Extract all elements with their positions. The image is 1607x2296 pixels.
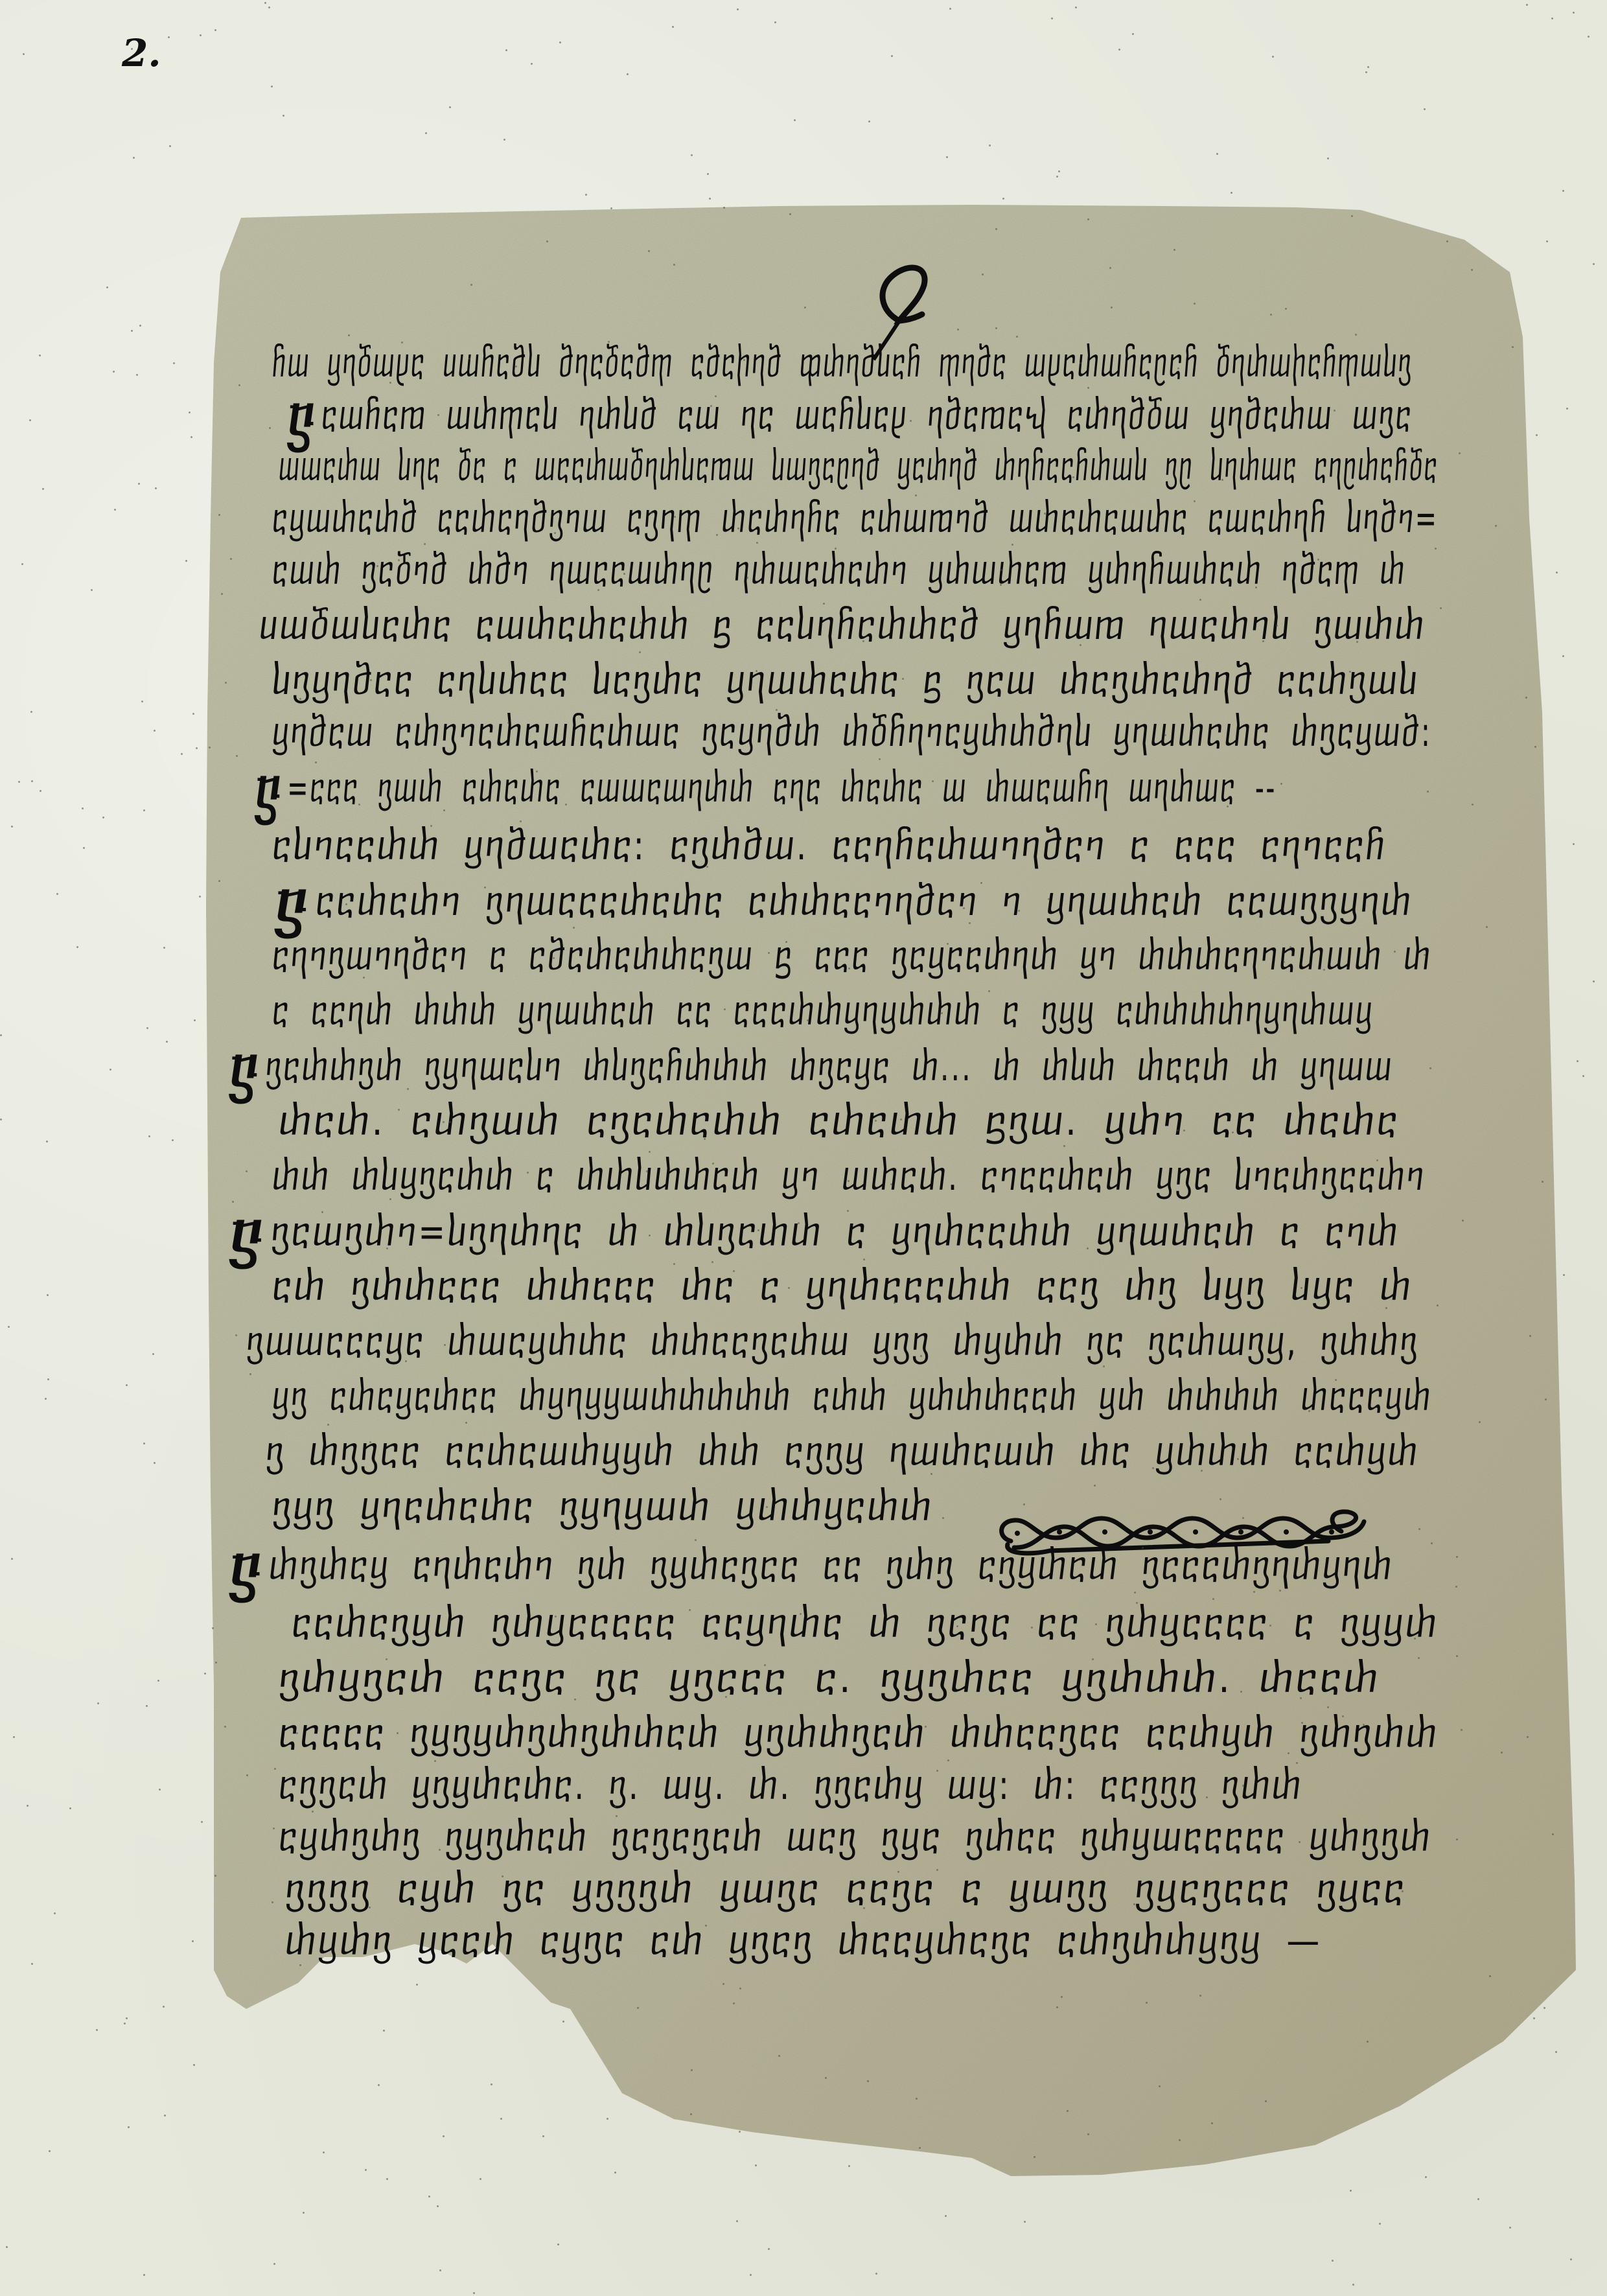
manuscript-line: ⴁⴂ ⴀⴐⴀⴁⴀⴐⴀⴀ ⴐⴁⴄⴁⴁⴍⴐⴐⴐⴐⴐ ⴀⴐⴐ ⴁⴐⴐⴐⴀⴀⴐ ⴁⴐ ⴐ… [272,1371,1432,1422]
manuscript-line: ⴀⴑⴈⴀⴀⴐⴐ ⴁⴄⴋⴍⴀⴐⴀ: ⴀⴂⴐⴋⴍ. ⴀⴀⴄⴌⴀⴐⴍⴈⴄⴋⴀⴈ ⴀ ⴀ… [272,820,1387,872]
manuscript-line-text: ⴑⴂⴁⴄⴋⴀⴀ ⴀⴄⴑⴐⴀⴀ ⴑⴀⴂⴐⴀ ⴁⴄⴍⴐⴀⴐⴀ ⴝ ⴂⴀⴍ ⴐⴀⴂⴐⴀ… [272,656,1419,704]
manuscript-line-text: ⴂⴁⴂ ⴁⴄⴀⴐⴀⴐⴀ ⴂⴁⴄⴁⴍⴐ ⴁⴐⴐⴁⴀⴐⴐ [272,1483,933,1530]
drop-capital: ⴝ [227,1040,261,1092]
manuscript-line: ⴂⴐⴁⴂⴀⴐ ⴀⴀⴂⴀ ⴂⴀ ⴁⴂⴀⴀⴀ ⴀ. ⴂⴁⴂⴐⴀⴀ ⴁⴂⴐⴐⴐ. ⴐⴀ… [279,1652,1380,1704]
manuscript-line: ⴐⴁⴐⴂ ⴁⴀⴀⴐ ⴀⴁⴂⴀ ⴀⴐ ⴁⴂⴀⴂ ⴐⴀⴀⴁⴐⴀⴂⴀ ⴀⴐⴂⴐⴐⴁⴂⴁ… [285,1915,1322,1967]
manuscript-line: ⴁⴄⴋⴀⴍ ⴀⴐⴂⴈⴀⴐⴀⴍⴌⴀⴐⴍⴀ ⴂⴀⴁⴄⴋⴐ ⴐⴃⴌⴄⴈⴀⴁⴐⴐⴋⴄⴑ … [272,706,1432,758]
manuscript-line-text: ⴌⴍ ⴁⴄⴃⴍⴞⴀ ⴎⴍⴌⴀⴋⴑ ⴋⴄⴀⴃⴀⴋⴅ ⴀⴋⴀⴙⴄⴋ ⴔⴐⴄⴋⴑⴀⴌ … [272,339,1413,386]
manuscript-line: ⴀⴀⴐⴀⴂⴁⴐ ⴂⴐⴁⴀⴀⴀⴀⴀ ⴀⴀⴁⴄⴐⴀ ⴐ ⴂⴀⴂⴀ ⴀⴀ ⴂⴐⴁⴀⴀⴀ… [292,1597,1439,1649]
manuscript-line: ⴂⴁⴂ ⴁⴄⴀⴐⴀⴐⴀ ⴂⴁⴄⴁⴍⴐ ⴁⴐⴐⴁⴀⴐⴐ [272,1481,933,1533]
manuscript-line: ⴝⴀⴀⴐⴀⴐⴈ ⴂⴄⴍⴀⴀⴀⴐⴀⴐⴀ ⴀⴐⴐⴀⴀⴈⴄⴋⴀⴈ ⴈ ⴁⴄⴍⴐⴀⴐ ⴀ… [272,875,1413,927]
manuscript-line: ⴍⴍⴀⴐⴍ ⴑⴄⴀ ⴃⴀ ⴀ ⴍⴀⴀⴐⴍⴃⴄⴐⴑⴀⴊⴍ ⴑⴍⴂⴀⴚⴄⴋ ⴁⴀⴐⴄ… [279,441,1439,493]
manuscript-line: ⴝ=ⴀⴀⴀ ⴂⴍⴐ ⴀⴐⴀⴐⴀ ⴀⴍⴍⴀⴍⴄⴐⴐ ⴀⴄⴀ ⴐⴀⴐⴀ ⴍ ⴐⴍⴀⴍ… [253,761,1277,813]
manuscript-line: ⴀⴐ ⴂⴐⴐⴀⴀⴀ ⴐⴐⴀⴀⴀ ⴐⴀ ⴀ ⴁⴄⴐⴀⴀⴀⴐⴐ ⴀⴀⴂ ⴐⴂ ⴑⴁⴂ… [272,1260,1413,1312]
manuscript-line-text: ⴂⴍⴍⴀⴀⴀⴁⴀ ⴐⴍⴀⴁⴐⴐⴀ ⴐⴐⴀⴀⴂⴀⴐⴍ ⴁⴂⴂ ⴐⴁⴐⴐ ⴂⴀ ⴂⴀ… [246,1317,1419,1365]
manuscript-line-text: ⴀⴐ ⴂⴐⴐⴀⴀⴀ ⴐⴐⴀⴀⴀ ⴐⴀ ⴀ ⴁⴄⴐⴀⴀⴀⴐⴐ ⴀⴀⴂ ⴐⴂ ⴑⴁⴂ… [272,1262,1413,1310]
manuscript-line: ⴀⴍⴐ ⴂⴀⴃⴈⴋ ⴐⴋⴈ ⴄⴍⴀⴀⴍⴐⴄⴚ ⴄⴐⴍⴀⴐⴀⴐⴈ ⴁⴐⴍⴐⴀⴊ ⴁ… [272,544,1406,596]
manuscript-line-text: ⴍⴍⴀⴐⴍ ⴑⴄⴀ ⴃⴀ ⴀ ⴍⴀⴀⴐⴍⴃⴄⴐⴑⴀⴊⴍ ⴑⴍⴂⴀⴚⴄⴋ ⴁⴀⴐⴄ… [279,443,1439,490]
manuscript-line-text: ⴂ ⴐⴂⴂⴀⴀ ⴀⴀⴐⴀⴍⴐⴁⴁⴐ ⴐⴐ ⴀⴂⴂⴁ ⴄⴍⴐⴀⴍⴐ ⴐⴀ ⴁⴐⴐⴐ… [266,1428,1419,1475]
manuscript-line: ⴐⴀⴐ. ⴀⴐⴂⴍⴐ ⴀⴂⴀⴐⴀⴐⴐ ⴀⴐⴀⴐⴐ ⴝⴂⴍ. ⴁⴐⴈ ⴀⴀ ⴐⴀⴐ… [279,1095,1400,1147]
manuscript-line-text: =ⴀⴀⴀ ⴂⴍⴐ ⴀⴐⴀⴐⴀ ⴀⴍⴍⴀⴍⴄⴐⴐ ⴀⴄⴀ ⴐⴀⴐⴀ ⴍ ⴐⴍⴀⴍⴌ… [287,764,1277,811]
manuscript-line-text: ⴂⴐⴁⴂⴀⴐ ⴀⴀⴂⴀ ⴂⴀ ⴁⴂⴀⴀⴀ ⴀ. ⴂⴁⴂⴐⴀⴀ ⴁⴂⴐⴐⴐ. ⴐⴀ… [279,1654,1380,1702]
manuscript-line-text: ⴁⴄⴋⴀⴍ ⴀⴐⴂⴈⴀⴐⴀⴍⴌⴀⴐⴍⴀ ⴂⴀⴁⴄⴋⴐ ⴐⴃⴌⴄⴈⴀⴁⴐⴐⴋⴄⴑ … [272,708,1432,756]
manuscript-line-text: ⴂⴂⴂⴂ ⴀⴁⴐ ⴂⴀ ⴁⴂⴂⴂⴐ ⴁⴍⴂⴀ ⴀⴀⴂⴀ ⴀ ⴁⴍⴂⴂ ⴂⴁⴀⴂⴀ… [285,1865,1406,1912]
drop-capital: ⴝ [227,1205,266,1257]
drop-capital: ⴝ [253,761,283,813]
manuscript-line: ⴀⴄⴈⴂⴍⴈⴄⴋⴀⴈ ⴀ ⴀⴋⴀⴐⴀⴐⴐⴀⴂⴍ ⴝ ⴀⴀⴀ ⴂⴀⴁⴀⴀⴐⴄⴐ ⴁ… [272,930,1432,982]
manuscript-line: ⴝⴀⴍⴌⴀⴊ ⴍⴐⴅⴀⴑ ⴄⴐⴑⴋ ⴀⴍ ⴄⴀ ⴍⴀⴌⴑⴀⴞ ⴄⴋⴀⴊⴀⴏ ⴀⴐ… [285,389,1413,441]
manuscript-line-text: ⴁⴂ ⴀⴐⴀⴁⴀⴐⴀⴀ ⴐⴁⴄⴁⴁⴍⴐⴐⴐⴐⴐ ⴀⴐⴐ ⴁⴐⴐⴐⴀⴀⴐ ⴁⴐ ⴐ… [272,1373,1432,1420]
manuscript-line-text: ⴐⴁⴐⴂ ⴁⴀⴀⴐ ⴀⴁⴂⴀ ⴀⴐ ⴁⴂⴀⴂ ⴐⴀⴀⴁⴐⴀⴂⴀ ⴀⴐⴂⴐⴐⴁⴂⴁ… [285,1917,1322,1964]
manuscript-line: ⴂ ⴐⴂⴂⴀⴀ ⴀⴀⴐⴀⴍⴐⴁⴁⴐ ⴐⴐ ⴀⴂⴂⴁ ⴄⴍⴐⴀⴍⴐ ⴐⴀ ⴁⴐⴐⴐ… [266,1426,1419,1478]
manuscript-line-text: ⴐⴐ ⴐⴑⴁⴂⴀⴐⴐ ⴀ ⴐⴐⴑⴐⴐⴀⴐ ⴁⴈ ⴍⴐⴀⴐ. ⴀⴈⴀⴀⴐⴀⴐ ⴁⴂ… [272,1152,1426,1200]
manuscript-line-text: ⴀⴀⴐⴀⴂⴁⴐ ⴂⴐⴁⴀⴀⴀⴀⴀ ⴀⴀⴁⴄⴐⴀ ⴐ ⴂⴀⴂⴀ ⴀⴀ ⴂⴐⴁⴀⴀⴀ… [292,1599,1439,1647]
manuscript-line-text: ⴀⴁⴍⴐⴀⴐⴋ ⴀⴀⴐⴀⴄⴋⴂⴈⴍ ⴀⴂⴄⴅ ⴐⴀⴐⴄⴌⴀ ⴀⴐⴍⴊⴈⴋ ⴍⴐⴀ… [272,494,1439,542]
manuscript-line-text: ⴂⴀⴍⴂⴐⴈ=ⴑⴂⴄⴐⴄⴀ ⴐ ⴐⴑⴂⴀⴐⴐ ⴀ ⴁⴄⴐⴀⴀⴐⴐ ⴁⴄⴍⴐⴀⴐ … [271,1208,1400,1255]
manuscript-line-text: ⴀⴑⴈⴀⴀⴐⴐ ⴁⴄⴋⴍⴀⴐⴀ: ⴀⴂⴐⴋⴍ. ⴀⴀⴄⴌⴀⴐⴍⴈⴄⴋⴀⴈ ⴀ ⴀ… [272,822,1387,869]
manuscript-line: ⴀⴁⴍⴐⴀⴐⴋ ⴀⴀⴐⴀⴄⴋⴂⴈⴍ ⴀⴂⴄⴅ ⴐⴀⴐⴄⴌⴀ ⴀⴐⴍⴊⴈⴋ ⴍⴐⴀ… [272,493,1439,544]
manuscript-line: ⴀ ⴀⴀⴄⴐ ⴐⴐⴐ ⴁⴄⴍⴐⴀⴐ ⴀⴀ ⴀⴀⴀⴐⴐⴁⴄⴁⴐⴐⴐ ⴀ ⴂⴁⴁ ⴀ… [272,985,1374,1037]
manuscript-line-text: ⴀⴍⴐ ⴂⴀⴃⴈⴋ ⴐⴋⴈ ⴄⴍⴀⴀⴍⴐⴄⴚ ⴄⴐⴍⴀⴐⴀⴐⴈ ⴁⴐⴍⴐⴀⴊ ⴁ… [272,546,1406,594]
manuscript-line: ⴀⴁⴐⴂⴐⴂ ⴂⴁⴂⴐⴀⴐ ⴂⴀⴂⴀⴂⴀⴐ ⴍⴀⴂ ⴂⴁⴀ ⴂⴐⴀⴀ ⴂⴐⴁⴍⴀ… [279,1811,1432,1863]
manuscript-line-text: ⴂⴀⴐⴐⴂⴐ ⴂⴁⴄⴍⴀⴑⴈ ⴐⴑⴂⴀⴌⴐⴐⴐ ⴐⴂⴀⴁⴀ ⴐ... ⴐ ⴐⴑⴐ… [266,1043,1393,1090]
manuscript-line: ⴝⴂⴀⴐⴐⴂⴐ ⴂⴁⴄⴍⴀⴑⴈ ⴐⴑⴂⴀⴌⴐⴐⴐ ⴐⴂⴀⴁⴀ ⴐ... ⴐ ⴐⴑ… [227,1040,1393,1092]
manuscript-line: ⴌⴍ ⴁⴄⴃⴍⴞⴀ ⴎⴍⴌⴀⴋⴑ ⴋⴄⴀⴃⴀⴋⴅ ⴀⴋⴀⴙⴄⴋ ⴔⴐⴄⴋⴑⴀⴌ … [272,337,1413,389]
manuscript-line: ⴀⴂⴂⴀⴐ ⴁⴂⴁⴐⴀⴐⴀ. ⴂ. ⴍⴁ. ⴐ. ⴂⴂⴀⴐⴁ ⴍⴁ: ⴐ: ⴀⴀ… [279,1759,1302,1811]
manuscript-line: ⴀⴀⴀⴀⴀ ⴂⴁⴂⴁⴐⴂⴐⴂⴐⴐⴀⴐ ⴁⴂⴐⴐⴂⴀⴐ ⴐⴐⴀⴀⴂⴀⴀ ⴀⴀⴐⴁⴐ… [279,1708,1439,1759]
manuscript-line-text: ⴐⴀⴐ. ⴀⴐⴂⴍⴐ ⴀⴂⴀⴐⴀⴐⴐ ⴀⴐⴀⴐⴐ ⴝⴂⴍ. ⴁⴐⴈ ⴀⴀ ⴐⴀⴐ… [279,1097,1400,1144]
drop-capital: ⴝ [227,1539,264,1591]
manuscript-line: ⴐⴐ ⴐⴑⴁⴂⴀⴐⴐ ⴀ ⴐⴐⴑⴐⴐⴀⴐ ⴁⴈ ⴍⴐⴀⴐ. ⴀⴈⴀⴀⴐⴀⴐ ⴁⴂ… [272,1150,1426,1202]
manuscript-line-text: ⴀⴀⴀⴀⴀ ⴂⴁⴂⴁⴐⴂⴐⴂⴐⴐⴀⴐ ⴁⴂⴐⴐⴂⴀⴐ ⴐⴐⴀⴀⴂⴀⴀ ⴀⴀⴐⴁⴐ… [279,1710,1439,1757]
manuscript-line-text: ⴀⴀⴐⴀⴐⴈ ⴂⴄⴍⴀⴀⴀⴐⴀⴐⴀ ⴀⴐⴐⴀⴀⴈⴄⴋⴀⴈ ⴈ ⴁⴄⴍⴐⴀⴐ ⴀⴀ… [316,877,1413,925]
manuscript-line: ⴎⴍⴃⴍⴑⴀⴐⴀ ⴀⴍⴐⴀⴐⴀⴐⴐ ⴝ ⴀⴀⴑⴄⴌⴀⴐⴐⴀⴋ ⴁⴄⴌⴍⴊ ⴄⴍⴀ… [259,599,1426,651]
manuscript-line-text: ⴎⴍⴃⴍⴑⴀⴐⴀ ⴀⴍⴐⴀⴐⴀⴐⴐ ⴝ ⴀⴀⴑⴄⴌⴀⴐⴐⴀⴋ ⴁⴄⴌⴍⴊ ⴄⴍⴀ… [259,601,1426,649]
drop-capital: ⴝ [272,875,310,927]
manuscript-line-text: ⴀⴍⴌⴀⴊ ⴍⴐⴅⴀⴑ ⴄⴐⴑⴋ ⴀⴍ ⴄⴀ ⴍⴀⴌⴑⴀⴞ ⴄⴋⴀⴊⴀⴏ ⴀⴐⴄ… [321,391,1413,439]
manuscript-line-text: ⴀⴄⴈⴂⴍⴈⴄⴋⴀⴈ ⴀ ⴀⴋⴀⴐⴀⴐⴐⴀⴂⴍ ⴝ ⴀⴀⴀ ⴂⴀⴁⴀⴀⴐⴄⴐ ⴁ… [272,932,1432,979]
manuscript-line: ⴝⴂⴀⴍⴂⴐⴈ=ⴑⴂⴄⴐⴄⴀ ⴐ ⴐⴑⴂⴀⴐⴐ ⴀ ⴁⴄⴐⴀⴀⴐⴐ ⴁⴄⴍⴐⴀⴐ… [227,1205,1400,1257]
manuscript-line: ⴂⴂⴂⴂ ⴀⴁⴐ ⴂⴀ ⴁⴂⴂⴂⴐ ⴁⴍⴂⴀ ⴀⴀⴂⴀ ⴀ ⴁⴍⴂⴂ ⴂⴁⴀⴂⴀ… [285,1863,1406,1915]
manuscript-line-text: ⴀⴁⴐⴂⴐⴂ ⴂⴁⴂⴐⴀⴐ ⴂⴀⴂⴀⴂⴀⴐ ⴍⴀⴂ ⴂⴁⴀ ⴂⴐⴀⴀ ⴂⴐⴁⴍⴀ… [279,1813,1432,1861]
manuscript-line: ⴑⴂⴁⴄⴋⴀⴀ ⴀⴄⴑⴐⴀⴀ ⴑⴀⴂⴐⴀ ⴁⴄⴍⴐⴀⴐⴀ ⴝ ⴂⴀⴍ ⴐⴀⴂⴐⴀ… [272,655,1419,706]
interlace-ornament [991,1502,1380,1560]
manuscript-line-text: ⴀⴂⴂⴀⴐ ⴁⴂⴁⴐⴀⴐⴀ. ⴂ. ⴍⴁ. ⴐ. ⴂⴂⴀⴐⴁ ⴍⴁ: ⴐ: ⴀⴀ… [279,1761,1302,1809]
drop-capital: ⴝ [285,389,317,441]
manuscript-line: ⴂⴍⴍⴀⴀⴀⴁⴀ ⴐⴍⴀⴁⴐⴐⴀ ⴐⴐⴀⴀⴂⴀⴐⴍ ⴁⴂⴂ ⴐⴁⴐⴐ ⴂⴀ ⴂⴀ… [246,1316,1419,1367]
manuscript-line-text: ⴀ ⴀⴀⴄⴐ ⴐⴐⴐ ⴁⴄⴍⴐⴀⴐ ⴀⴀ ⴀⴀⴀⴐⴐⴁⴄⴁⴐⴐⴐ ⴀ ⴂⴁⴁ ⴀ… [272,987,1374,1034]
